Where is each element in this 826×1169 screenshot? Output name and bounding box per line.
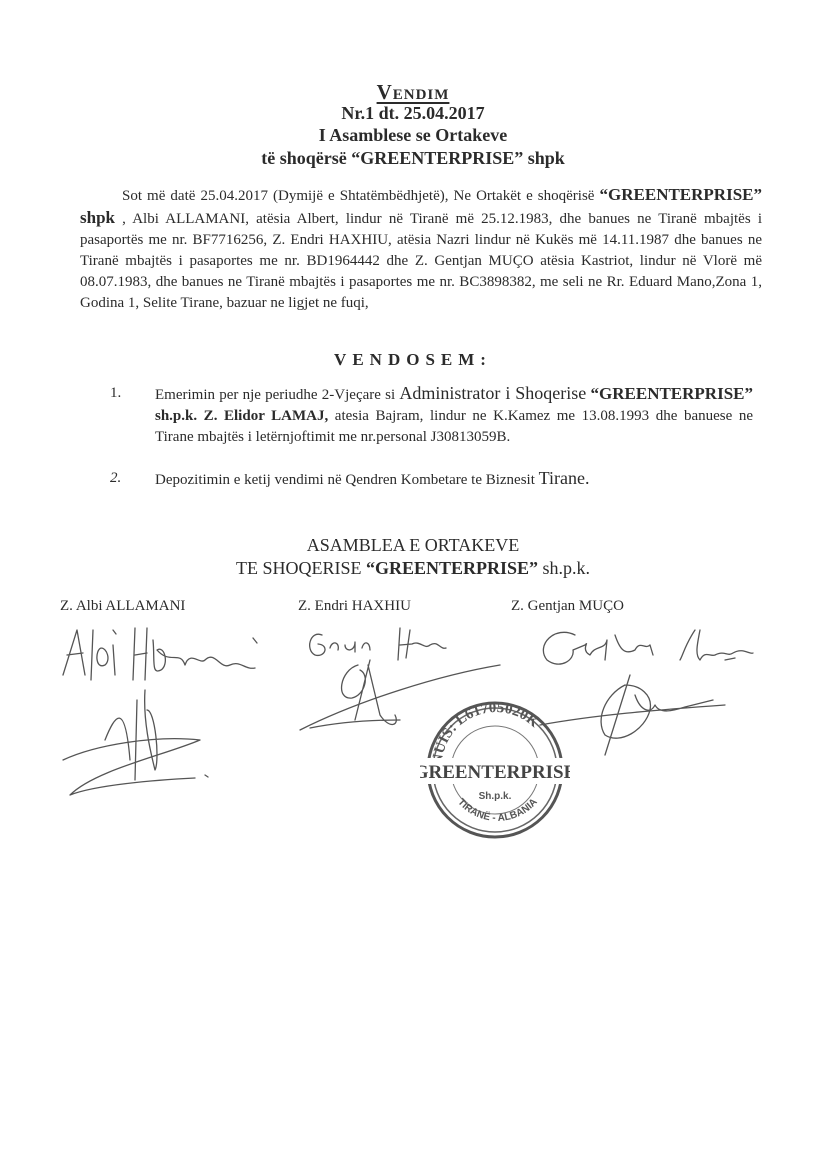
intro-paragraph: Sot më datë 25.04.2017 (Dymijë e Shtatëm… (80, 184, 762, 314)
decision-heading: VENDOSEM: (0, 350, 826, 370)
stamp-company-name: GREENTERPRISE (420, 762, 570, 783)
svg-text:NUIS: L61705020K: NUIS: L61705020K (430, 700, 542, 766)
signature-gentjan-muco (535, 615, 775, 765)
stamp-company-type: Sh.p.k. (479, 791, 512, 802)
decision-item-2: 2. Depozitimin e ketij vendimi në Qendre… (110, 468, 790, 491)
item-company: “GREENTERPRISE” (591, 384, 753, 403)
decision-item-1: 1. Emerimin per nje periudhe 2-Vjeçare s… (110, 383, 790, 448)
title-text: Vendim (377, 80, 450, 104)
signatory-name-3: Z. Gentjan MUÇO (511, 598, 624, 615)
signature-albi-allamani (55, 620, 285, 800)
assembly-line-1: ASAMBLEA E ORTAKEVE (0, 534, 826, 557)
item-text-large: Tirane. (539, 468, 590, 488)
signatory-name-2: Z. Endri HAXHIU (298, 598, 411, 615)
intro-rest: , Albi ALLAMANI, atësia Albert, lindur n… (80, 211, 762, 311)
company-heading: të shoqërsë “GREENTERPRISE” shpk (0, 148, 826, 169)
item-text: Depozitimin e ketij vendimi në Qendren K… (155, 472, 539, 488)
assembly-suffix: sh.p.k. (538, 558, 590, 578)
assembly-line-2: TE SHOQERISE “GREENTERPRISE” sh.p.k. (0, 557, 826, 580)
item-administrator-name: sh.p.k. Z. Elidor LAMAJ, (155, 408, 328, 424)
intro-start: Sot më datë 25.04.2017 (Dymijë e Shtatëm… (122, 188, 600, 204)
assembly-heading: I Asamblese se Ortakeve (0, 125, 826, 146)
decision-number: Nr.1 dt. 25.04.2017 (0, 103, 826, 124)
assembly-prefix: TE SHOQERISE (236, 558, 366, 578)
assembly-company: “GREENTERPRISE” (366, 558, 538, 578)
item-number: 1. (110, 383, 140, 404)
document-title: Vendim (0, 80, 826, 105)
item-text-large: Administrator i Shoqerise (399, 383, 586, 403)
item-text: Emerimin per nje periudhe 2-Vjeçare si (155, 387, 399, 403)
item-number: 2. (110, 468, 140, 489)
signatory-name-1: Z. Albi ALLAMANI (60, 598, 185, 615)
assembly-signature-heading: ASAMBLEA E ORTAKEVE TE SHOQERISE “GREENT… (0, 534, 826, 580)
stamp-nuis: NUIS: L61705020K (430, 700, 542, 766)
company-stamp: NUIS: L61705020K GREENTERPRISE Sh.p.k. T… (420, 690, 570, 840)
